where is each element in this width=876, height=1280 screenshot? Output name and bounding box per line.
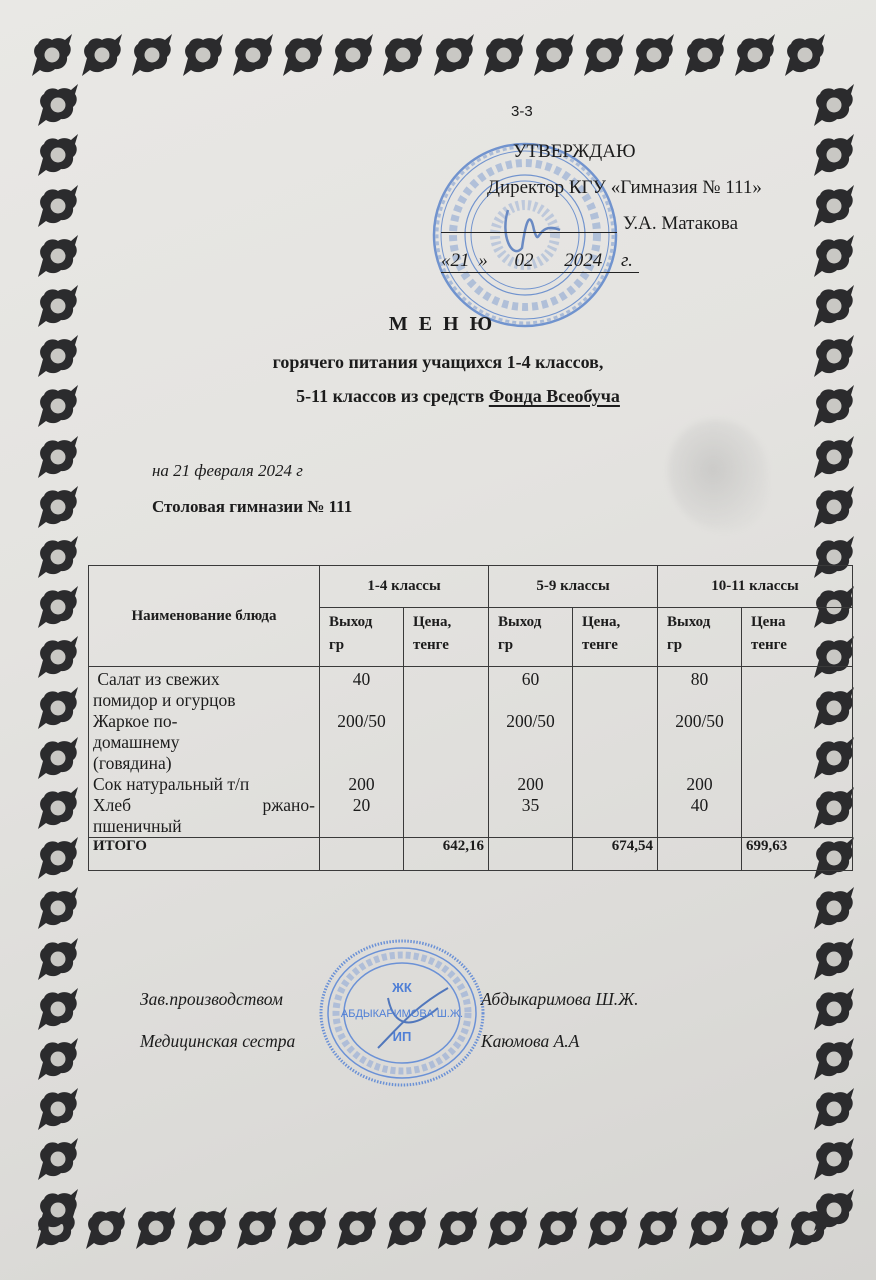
date-month: 02	[515, 250, 534, 272]
ornament-tile	[283, 1205, 329, 1251]
ornament-tile	[34, 233, 80, 279]
dish-word: Хлеб	[93, 795, 131, 816]
ornament-tile	[810, 1086, 856, 1132]
ornament-tile	[128, 32, 174, 78]
page-number: 3-3	[511, 103, 533, 120]
ornament-tile	[735, 1205, 781, 1251]
subheader-line: гр	[329, 634, 399, 657]
dish-name-line: Салат из свежих	[93, 669, 315, 690]
header-dish-name: Наименование блюда	[89, 566, 320, 667]
document-title: М Е Н Ю	[0, 313, 876, 336]
ornament-tile	[179, 32, 225, 78]
ornament-tile	[32, 1205, 78, 1251]
approval-date: «21 » 02 2024 г.	[441, 250, 639, 273]
ornament-tile	[810, 885, 856, 931]
ornament-tile	[82, 1205, 128, 1251]
subheader-line: тенге	[413, 634, 484, 657]
dish-name-line: помидор и огурцов	[93, 690, 315, 711]
total-10-11: 699,63	[742, 838, 853, 871]
ornament-tile	[229, 32, 275, 78]
ornament-tile	[480, 32, 526, 78]
subheader-price-1: Цена,тенге	[573, 608, 658, 667]
portion-value: 200/50	[493, 711, 568, 774]
ornament-tile	[333, 1205, 379, 1251]
table-row-dishes: Салат из свежихпомидор и огурцовЖаркое п…	[89, 667, 853, 838]
ornament-tile	[28, 32, 74, 78]
portions-5-9: 60200/5020035	[489, 667, 573, 838]
portion-value: 200	[324, 774, 399, 795]
ornament-tile	[34, 183, 80, 229]
header-group-5-9: 5-9 классы	[489, 566, 658, 608]
approver-position: Директор КГУ «Гимназия № 111»	[487, 177, 762, 199]
ornament-tile	[329, 32, 375, 78]
total-empty	[320, 838, 404, 871]
portion-value: 200/50	[662, 711, 737, 774]
fund-name: Фонда Всеобуча	[489, 386, 620, 406]
subheader-line: тенге	[582, 634, 653, 657]
ornament-tile	[685, 1205, 731, 1251]
ornament-tile	[34, 82, 80, 128]
table-row-total: ИТОГО 642,16 674,54 699,63	[89, 838, 853, 871]
school-stamp	[430, 140, 620, 330]
subheader-price-0: Цена,тенге	[404, 608, 489, 667]
dish-names-cell: Салат из свежихпомидор и огурцовЖаркое п…	[89, 667, 320, 838]
price-5-9	[573, 667, 658, 838]
ornament-tile	[34, 584, 80, 630]
portion-value: 80	[662, 669, 737, 711]
subheader-line: Выход	[667, 611, 737, 634]
ornament-tile	[534, 1205, 580, 1251]
ornament-tile	[580, 32, 626, 78]
dish-word: ржано-	[262, 795, 315, 816]
portions-1-4: 40200/5020020	[320, 667, 404, 838]
ornament-tile	[785, 1205, 831, 1251]
ornament-tile	[810, 1036, 856, 1082]
portion-value: 200	[662, 774, 737, 795]
ornament-tile	[810, 183, 856, 229]
dish-name-line: (говядина)	[93, 753, 315, 774]
ornament-tile	[810, 132, 856, 178]
price-1-4	[404, 667, 489, 838]
ornament-tile	[810, 1187, 856, 1233]
ornament-tile	[810, 82, 856, 128]
portions-10-11: 80200/5020040	[658, 667, 742, 838]
ornament-tile	[132, 1205, 178, 1251]
ornament-tile	[434, 1205, 480, 1251]
dish-name-line: Сок натуральный т/п	[93, 774, 315, 795]
ornament-tile	[630, 32, 676, 78]
subtitle-line2-prefix: 5-11 классов из средств	[296, 386, 489, 406]
dish-name: Хлебржано-пшеничный	[93, 795, 315, 837]
ornament-tile	[810, 936, 856, 982]
subheader-line: Цена,	[413, 611, 484, 634]
subheader-output-2: Выходгр	[658, 608, 742, 667]
ornament-tile	[34, 1086, 80, 1132]
date-year: 2024	[564, 250, 602, 272]
subheader-line: тенге	[751, 634, 848, 657]
ornament-tile	[34, 634, 80, 680]
svg-text:ЖК: ЖК	[391, 980, 412, 995]
portion-value: 40	[662, 795, 737, 837]
approval-heading: УТВЕРЖДАЮ	[513, 141, 635, 163]
ornament-tile	[34, 484, 80, 530]
ornament-tile	[34, 132, 80, 178]
ornament-tile	[34, 534, 80, 580]
subheader-line: Цена,	[582, 611, 653, 634]
ornament-tile	[810, 986, 856, 1032]
total-1-4: 642,16	[404, 838, 489, 871]
dish-name: Салат из свежихпомидор и огурцов	[93, 669, 315, 711]
total-empty	[489, 838, 573, 871]
ornament-tile	[279, 32, 325, 78]
date-suffix: г.	[621, 250, 633, 272]
price-10-11	[742, 667, 853, 838]
ornament-tile	[379, 32, 425, 78]
header-group-1-4: 1-4 классы	[320, 566, 489, 608]
fingerprint-smudge	[668, 420, 768, 530]
subheader-line: Выход	[498, 611, 568, 634]
ornament-tile	[34, 936, 80, 982]
svg-text:АБДЫКАРИМОВА Ш.Ж.: АБДЫКАРИМОВА Ш.Ж.	[341, 1008, 463, 1020]
subheader-output-0: Выходгр	[320, 608, 404, 667]
ornament-tile	[34, 434, 80, 480]
subtitle-line2: 5-11 классов из средств Фонда Всеобуча	[0, 386, 876, 407]
dish-name-line: Жаркое по-	[93, 711, 315, 732]
ornament-tile	[530, 32, 576, 78]
subtitle-line1: горячего питания учащихся 1-4 классов,	[0, 352, 876, 373]
ornament-tile	[634, 1205, 680, 1251]
ornament-tile	[810, 484, 856, 530]
ornament-tile	[810, 1136, 856, 1182]
date-quote-close: »	[478, 250, 488, 272]
ornament-tile	[584, 1205, 630, 1251]
dish-name: Жаркое по-домашнему(говядина)	[93, 711, 315, 774]
ornament-tile	[34, 835, 80, 881]
ornament-tile	[810, 434, 856, 480]
dish-name-line: пшеничный	[93, 816, 315, 837]
ornament-tile	[233, 1205, 279, 1251]
ornament-tile	[681, 32, 727, 78]
total-5-9: 674,54	[573, 838, 658, 871]
canteen-name: Столовая гимназии № 111	[152, 497, 352, 517]
header-group-10-11: 10-11 классы	[658, 566, 853, 608]
portion-value: 20	[324, 795, 399, 837]
subheader-line: гр	[667, 634, 737, 657]
ornament-tile	[383, 1205, 429, 1251]
portion-value: 60	[493, 669, 568, 711]
subheader-price-2: Ценатенге	[742, 608, 853, 667]
signature-name-production: Абдыкаримова Ш.Ж.	[481, 989, 638, 1010]
ornament-tile	[34, 986, 80, 1032]
ornament-tile	[78, 32, 124, 78]
dish-name: Сок натуральный т/п	[93, 774, 315, 795]
menu-table: Наименование блюда 1-4 классы 5-9 классы…	[88, 565, 853, 871]
portion-value: 40	[324, 669, 399, 711]
ornament-tile	[810, 233, 856, 279]
approver-name: У.А. Матакова	[623, 213, 738, 235]
date-day: «21	[441, 250, 470, 272]
portion-value: 200/50	[324, 711, 399, 774]
signature-title-nurse: Медицинская сестра	[140, 1031, 295, 1052]
ornament-tile	[34, 785, 80, 831]
subheader-output-1: Выходгр	[489, 608, 573, 667]
menu-date: на 21 февраля 2024 г	[152, 461, 303, 481]
portion-value: 35	[493, 795, 568, 837]
ornament-tile	[731, 32, 777, 78]
ornament-tile	[34, 885, 80, 931]
ornament-tile	[34, 735, 80, 781]
ornament-tile	[34, 1136, 80, 1182]
subheader-line: Выход	[329, 611, 399, 634]
ornament-tile	[34, 685, 80, 731]
dish-name-line: Хлебржано-	[93, 795, 315, 816]
total-empty	[658, 838, 742, 871]
svg-text:ИП: ИП	[393, 1029, 412, 1044]
ornament-tile	[34, 1036, 80, 1082]
ornament-tile	[430, 32, 476, 78]
signature-title-production: Зав.производством	[140, 989, 283, 1010]
dish-name-line: домашнему	[93, 732, 315, 753]
ornament-tile	[34, 1187, 80, 1233]
ornament-tile	[781, 32, 827, 78]
portion-value: 200	[493, 774, 568, 795]
signature-name-nurse: Каюмова А.А	[481, 1031, 579, 1052]
ornament-tile	[183, 1205, 229, 1251]
ornament-tile	[484, 1205, 530, 1251]
signature-line	[441, 232, 617, 233]
ip-stamp: ЖК АБДЫКАРИМОВА Ш.Ж. ИП	[318, 938, 486, 1088]
subheader-line: гр	[498, 634, 568, 657]
subheader-line: Цена	[751, 611, 848, 634]
total-label: ИТОГО	[89, 838, 320, 871]
